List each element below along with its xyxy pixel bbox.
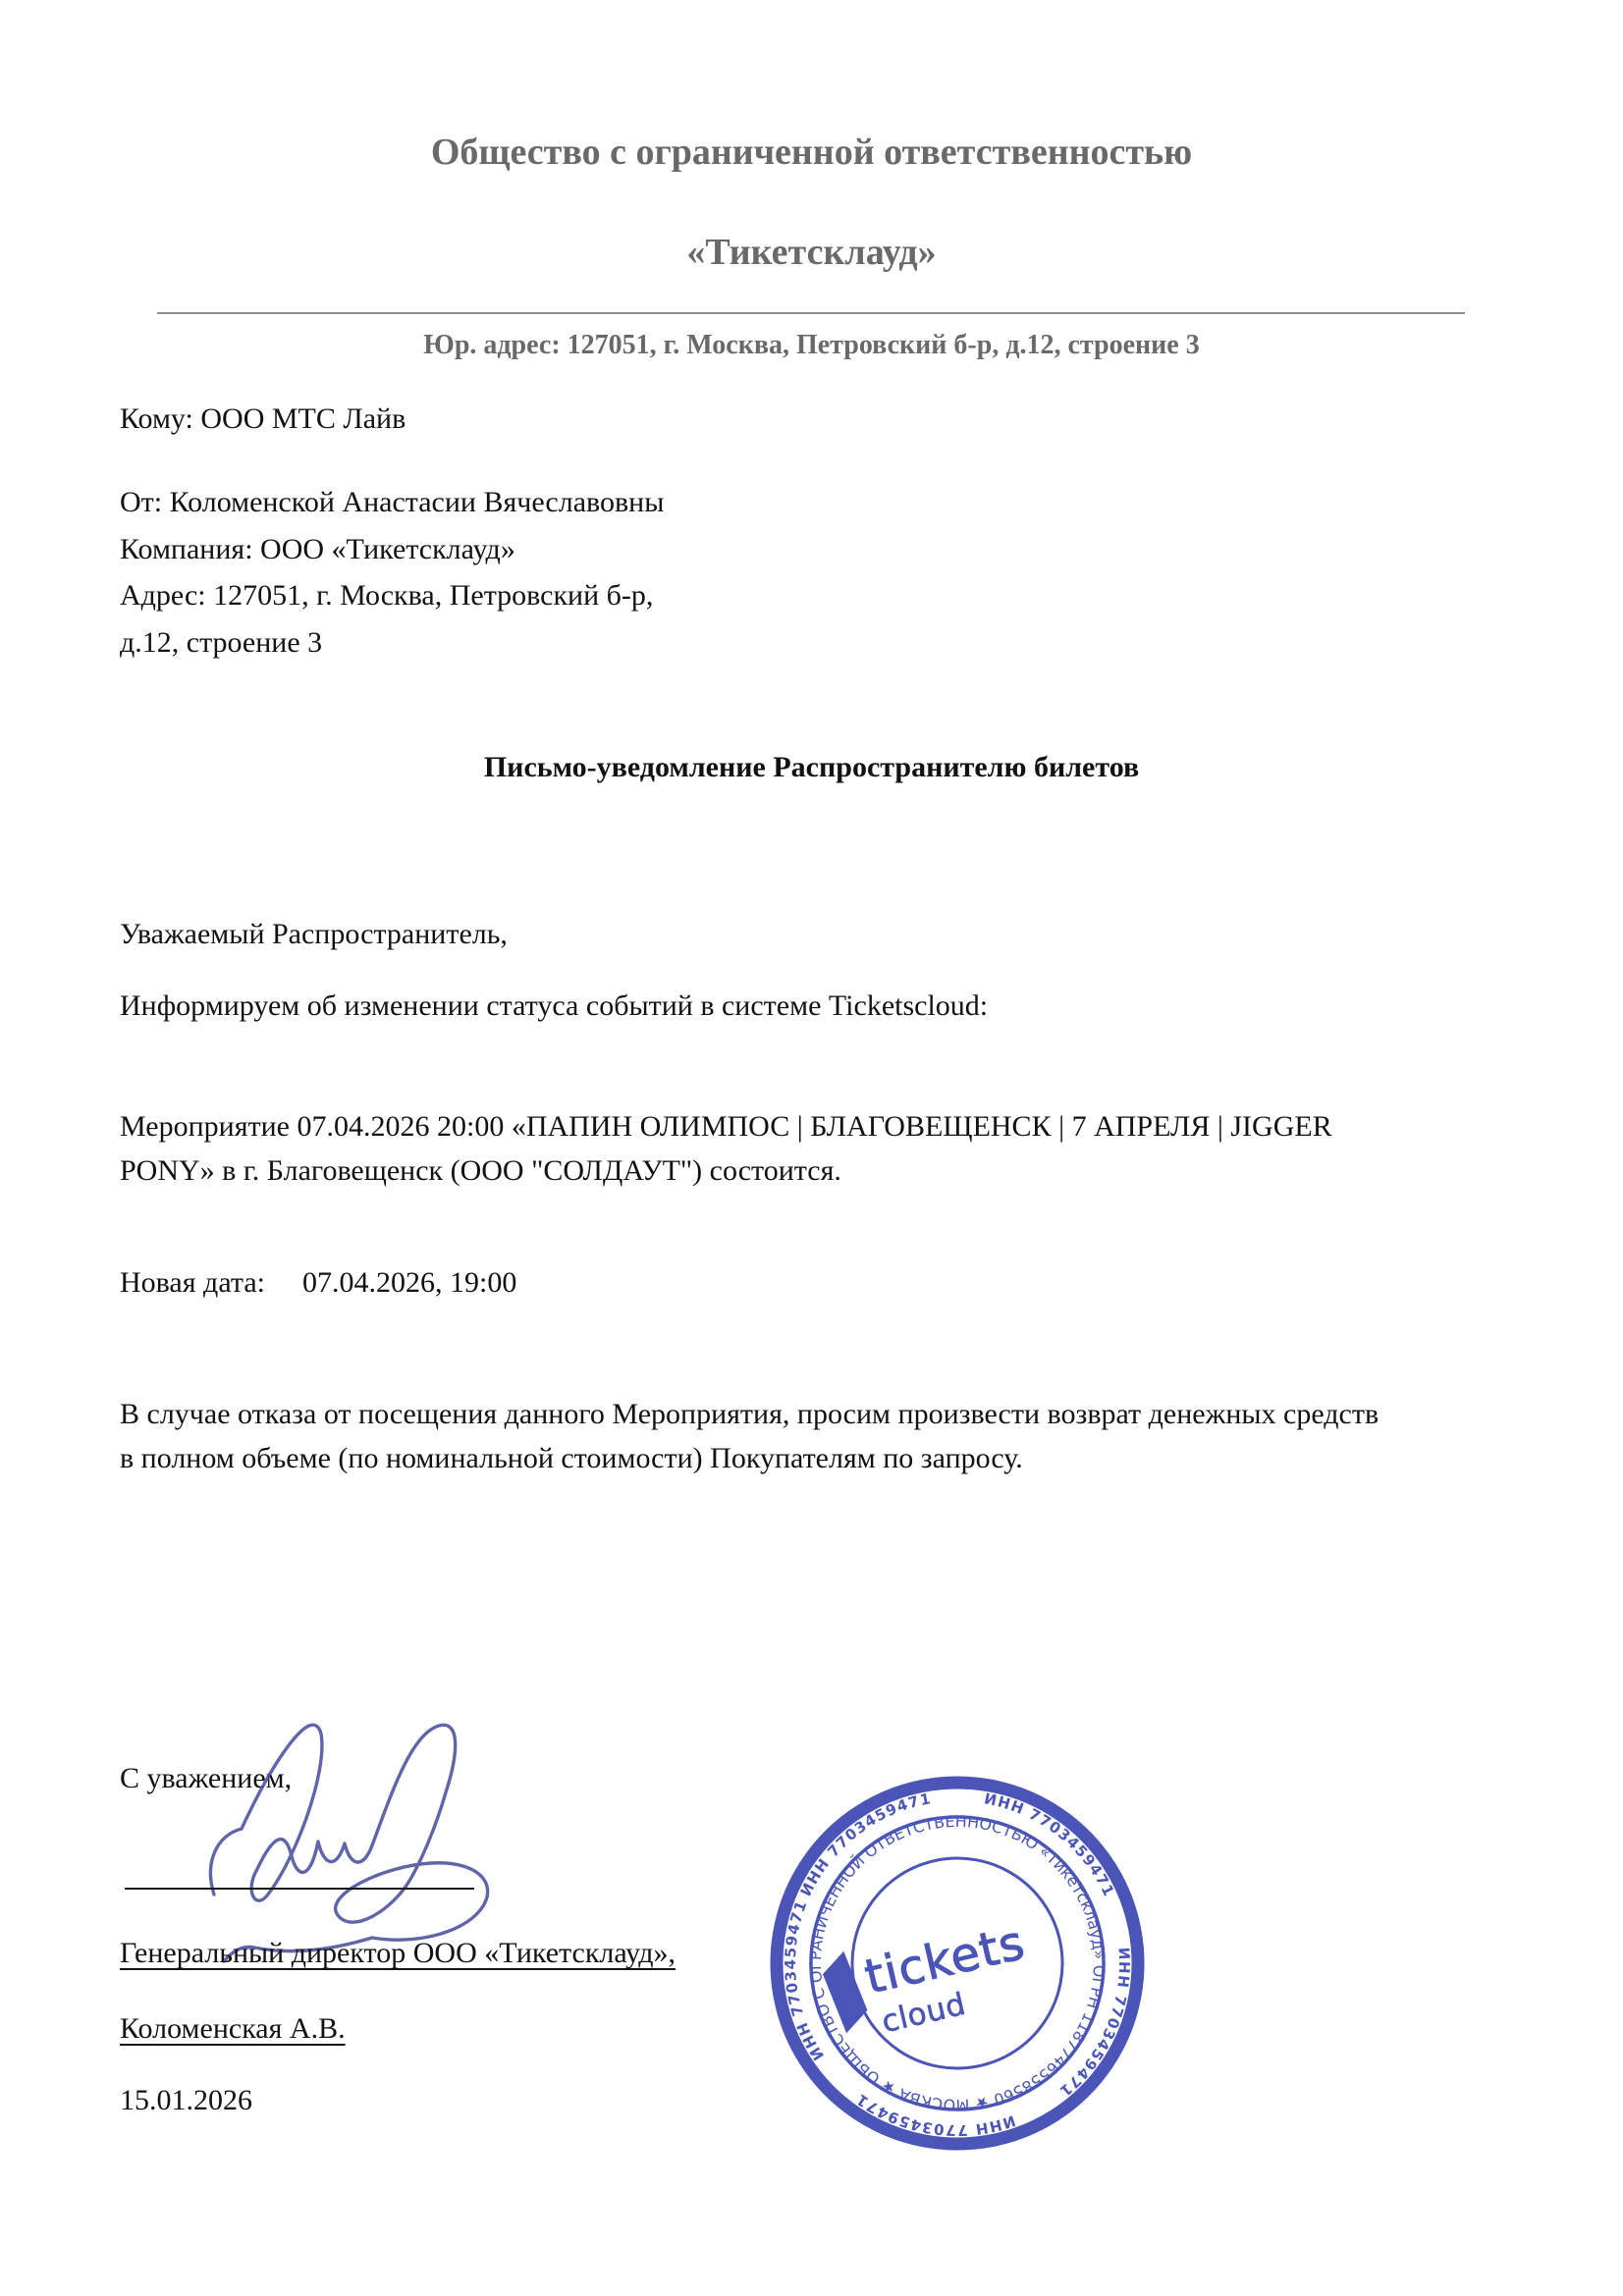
recipient-line: Кому: ООО МТС Лайв	[120, 402, 406, 436]
refund-line-2: в полном объеме (по номинальной стоимост…	[120, 1436, 1379, 1480]
sender-address-2: д.12, строение 3	[120, 619, 664, 667]
signer-name: Коломенская А.В.	[120, 2012, 346, 2046]
sender-company: Компания: ООО «Тикетсклауд»	[120, 526, 664, 573]
sender-block: От: Коломенской Анастасии Вячеславовны К…	[120, 479, 664, 666]
letter-title: Письмо-уведомление Распространителю биле…	[0, 751, 1623, 784]
company-stamp: ИНН 7703459471 ИНН 7703459471 ИНН 770345…	[728, 1734, 1188, 2194]
letterhead-divider	[157, 312, 1465, 314]
letter-page: Общество с ограниченной ответственностью…	[0, 0, 1623, 2296]
sender-from: От: Коломенской Анастасии Вячеславовны	[120, 479, 664, 526]
letterhead-address: Юр. адрес: 127051, г. Москва, Петровский…	[0, 330, 1623, 361]
new-date-row: Новая дата:07.04.2026, 19:00	[120, 1266, 516, 1300]
handwritten-signature	[196, 1710, 520, 1973]
new-date-label: Новая дата:	[120, 1266, 265, 1299]
salutation: Уважаемый Распространитель,	[120, 918, 508, 951]
event-line-2: PONY» в г. Благовещенск (ООО "СОЛДАУТ") …	[120, 1148, 1332, 1193]
signature-line	[125, 1888, 474, 1890]
sender-address-1: Адрес: 127051, г. Москва, Петровский б-р…	[120, 572, 664, 619]
refund-paragraph: В случае отказа от посещения данного Мер…	[120, 1392, 1379, 1480]
letterhead-org-name: «Тикетсклауд»	[0, 231, 1623, 274]
event-paragraph: Мероприятие 07.04.2026 20:00 «ПАПИН ОЛИМ…	[120, 1104, 1332, 1193]
stamp-svg: ИНН 7703459471 ИНН 7703459471 ИНН 770345…	[728, 1734, 1188, 2194]
tickets-cloud-logo: tickets cloud	[819, 1911, 1039, 2051]
event-line-1: Мероприятие 07.04.2026 20:00 «ПАПИН ОЛИМ…	[120, 1104, 1332, 1148]
letter-date: 15.01.2026	[120, 2084, 252, 2117]
new-date-value: 07.04.2026, 19:00	[302, 1266, 516, 1299]
director-line: Генеральный директор ООО «Тикетсклауд»,	[120, 1937, 676, 1970]
intro-line: Информируем об изменении статуса событий…	[120, 989, 988, 1023]
letterhead-org-type: Общество с ограниченной ответственностью	[0, 131, 1623, 174]
refund-line-1: В случае отказа от посещения данного Мер…	[120, 1392, 1379, 1436]
